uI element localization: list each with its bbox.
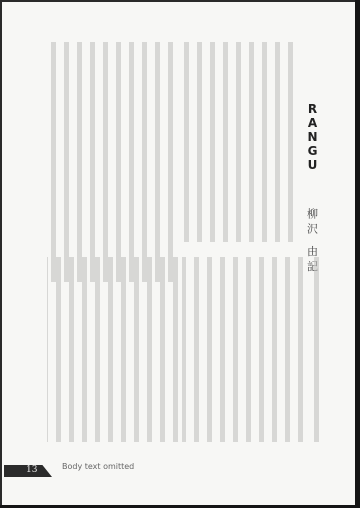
omitted-text-placeholder [307, 257, 323, 442]
omitted-text-placeholder [182, 257, 307, 442]
body-text-column-block [182, 257, 307, 442]
omitted-text-placeholder [182, 42, 297, 242]
title-block: RANGU 柳沢 由記 [302, 102, 322, 276]
body-text-column-block [47, 257, 182, 442]
omitted-text-placeholder [47, 42, 177, 282]
body-text-column-block [182, 42, 297, 242]
page-number: 13 [26, 464, 37, 477]
story-title: RANGU [306, 102, 319, 172]
body-text-column-block [47, 42, 177, 282]
book-page: RANGU 柳沢 由記 13 Body text omitted [0, 0, 355, 505]
omission-note: Body text omitted [62, 462, 134, 471]
omitted-text-placeholder [47, 257, 182, 442]
body-text-column-block [307, 257, 323, 442]
page-right-edge [355, 0, 360, 508]
